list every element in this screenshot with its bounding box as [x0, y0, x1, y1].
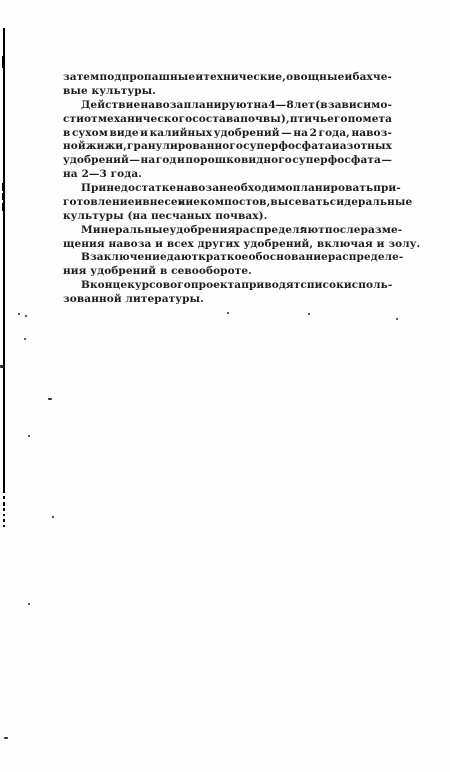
scan-gutter-dash	[3, 502, 5, 506]
scan-gutter-notch	[2, 193, 5, 200]
scan-gutter-dash	[3, 519, 5, 522]
text-line: Принедостаткенавозанеобходимопланировать…	[63, 182, 392, 196]
text-line: нойжижи,гранулированногосуперфосфатаиазо…	[63, 140, 392, 154]
paragraph: Взаключениедаюткраткоеобоснованиераспред…	[63, 251, 392, 279]
scan-speck	[52, 516, 54, 518]
text-line: готовлениеивнесениекомпостов,высеватьсид…	[63, 196, 392, 210]
scan-speck	[25, 315, 27, 317]
scan-gutter-line	[3, 28, 5, 493]
scan-gutter-dash	[3, 514, 5, 516]
text-line: стиотмеханическогосоставапочвы),птичьего…	[63, 113, 392, 127]
scan-speck	[28, 603, 30, 605]
scan-speck	[308, 313, 310, 315]
paragraph: Вконцекурсовогопроектаприводятсписокиспо…	[63, 279, 392, 307]
scanned-book-page: затемподпропашныеитехнические,овощныеиба…	[0, 0, 450, 772]
text-line: Вконцекурсовогопроектаприводятсписокиспо…	[63, 279, 392, 293]
scan-speck	[28, 435, 30, 437]
scan-gutter-dash	[3, 496, 5, 499]
text-line: затемподпропашныеитехнические,овощныеиба…	[63, 71, 392, 85]
paragraph: Принедостаткенавозанеобходимопланировать…	[63, 182, 392, 224]
scan-speck	[0, 365, 4, 368]
text-line: зованной литературы.	[63, 293, 392, 307]
scan-speck	[18, 313, 20, 315]
text-line: культуры (на песчаных почвах).	[63, 210, 392, 224]
scan-gutter-notch	[2, 183, 5, 191]
scan-gutter-dash	[3, 508, 5, 511]
text-line: на 2—3 года.	[63, 168, 392, 182]
scan-speck	[24, 338, 26, 340]
scan-gutter-notch	[2, 203, 5, 211]
text-line: Действиенавозапланируютна4—8лет(взависим…	[63, 99, 392, 113]
text-line: Взаключениедаюткраткоеобоснованиераспред…	[63, 251, 392, 265]
text-line: удобрений—нагодипорошковидногосуперфосфа…	[63, 154, 392, 168]
scan-speck	[48, 398, 52, 400]
paragraph: Минеральныеудобренияраспределяютпослераз…	[63, 224, 392, 252]
text-line: вые культуры.	[63, 85, 392, 99]
scan-speck	[227, 312, 229, 314]
body-text: затемподпропашныеитехнические,овощныеиба…	[63, 71, 392, 307]
text-line: Минеральныеудобренияраспределяютпослераз…	[63, 224, 392, 238]
text-line: всухомвидеикалийныхудобрений—на2года,нав…	[63, 127, 392, 141]
scan-gutter-notch	[2, 56, 5, 68]
paragraph: затемподпропашныеитехнические,овощныеиба…	[63, 71, 392, 99]
scan-gutter-dash	[3, 525, 5, 527]
paragraph: Действиенавозапланируютна4—8лет(взависим…	[63, 99, 392, 182]
scan-speck	[4, 737, 8, 739]
text-line: щения навоза и всех других удобрений, вк…	[63, 238, 392, 252]
text-line: ния удобрений в севообороте.	[63, 265, 392, 279]
scan-speck	[396, 318, 398, 320]
